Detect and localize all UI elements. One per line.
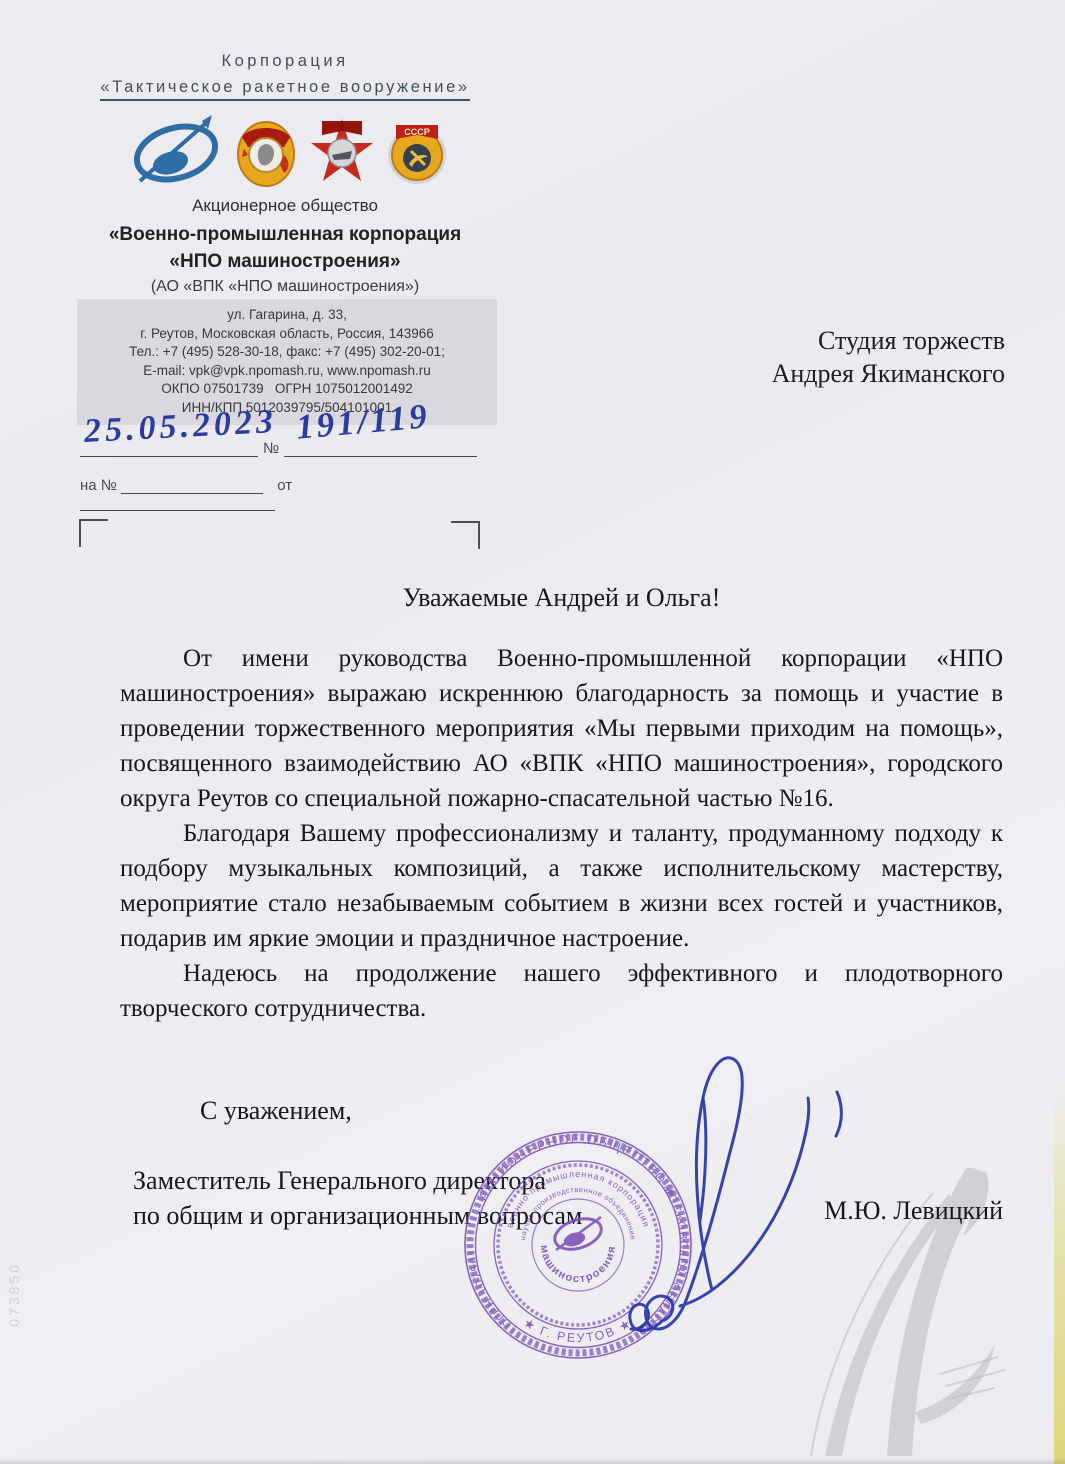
- address-line: ОКПО 07501739 ОГРН 1075012001492: [79, 380, 495, 399]
- on-number-label: на №: [80, 477, 117, 494]
- org-type: Акционерное общество: [60, 196, 510, 216]
- scan-margin-number: 073850: [6, 1262, 22, 1327]
- corporation-line2: «Тактическое ракетное вооружение»: [100, 78, 469, 101]
- on-number-blank: [121, 478, 263, 494]
- org-short-name: (АО «ВПК «НПО машиностроения»): [60, 278, 510, 296]
- scanned-letter-page: Корпорация «Тактическое ракетное вооруже…: [0, 0, 1065, 1464]
- handwritten-signature: [590, 1040, 890, 1350]
- address-line: ул. Гагарина, д. 33,: [79, 306, 495, 325]
- order-of-lenin-icon: [232, 107, 300, 193]
- recipient-block: Студия торжеств Андрея Якиманского: [700, 324, 1005, 390]
- corporation-line1: Корпорация: [60, 52, 510, 71]
- parent-corporation-title: Корпорация «Тактическое ракетное вооруже…: [60, 52, 510, 101]
- org-name-line1: «Военно-промышленная корпорация: [60, 221, 510, 248]
- paragraph-2: Благодаря Вашему профессионализму и тала…: [120, 816, 1003, 956]
- order-of-red-banner-of-labour-icon: СССР: [384, 107, 450, 193]
- address-box: ул. Гагарина, д. 33, г. Реутов, Московск…: [77, 299, 497, 425]
- address-line: г. Реутов, Московская область, Россия, 1…: [79, 325, 495, 344]
- from-blank: [80, 495, 275, 511]
- organisation-block: Акционерное общество «Военно-промышленна…: [60, 196, 510, 296]
- number-underline: [284, 456, 477, 457]
- number-sign-label: №: [263, 440, 279, 457]
- letterhead-emblems: СССР: [130, 102, 450, 197]
- npo-mash-logo-icon: [130, 107, 222, 193]
- address-corner-mark-left: [79, 519, 108, 547]
- order-of-october-revolution-icon: [310, 107, 374, 193]
- order-red-banner-cccp-label: СССР: [404, 127, 430, 137]
- from-label: от: [277, 477, 292, 494]
- recipient-line2: Андрея Якиманского: [700, 357, 1005, 390]
- closing-phrase: С уважением,: [200, 1096, 352, 1126]
- address-corner-mark-right: [451, 521, 480, 549]
- recipient-line1: Студия торжеств: [700, 324, 1005, 357]
- paragraph-3: Надеюсь на продолжение нашего эффективно…: [120, 956, 1003, 1026]
- paragraph-1: От имени руководства Военно-промышленной…: [120, 641, 1003, 816]
- org-name: «Военно-промышленная корпорация «НПО маш…: [60, 221, 510, 275]
- org-name-line2: «НПО машиностроения»: [60, 248, 510, 275]
- salutation: Уважаемые Андрей и Ольга!: [120, 583, 1003, 613]
- letter-body: От имени руководства Военно-промышленной…: [120, 641, 1003, 1026]
- address-line: E-mail: vpk@vpk.npomash.ru, www.npomash.…: [79, 362, 495, 381]
- address-line: Тел.: +7 (495) 528-30-18, факс: +7 (495)…: [79, 343, 495, 362]
- date-underline: [80, 456, 258, 457]
- reply-reference-row: на № от: [80, 477, 480, 511]
